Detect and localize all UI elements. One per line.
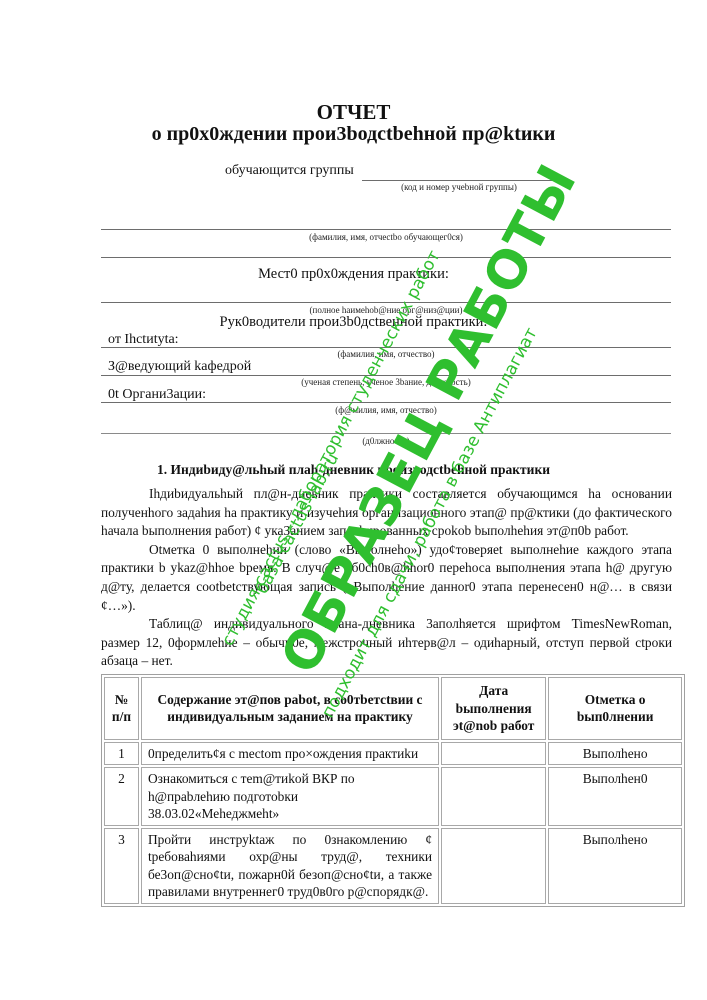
position-caption: (д0лжность)	[101, 436, 671, 446]
row-date	[441, 742, 546, 766]
place-label: Мест0 пр0х0ждения практики:	[0, 266, 707, 283]
head-label: З@ведующий kафедрой	[108, 359, 251, 375]
table-header-row: № п/п Содержание эт@пов раbоt, в со0тbет…	[104, 677, 682, 740]
group-field-line	[362, 180, 556, 181]
head-field-line	[101, 375, 671, 376]
paragraph: Ihдиbидуальhый пл@н-дневник практики сос…	[101, 485, 672, 541]
col-header-number: № п/п	[104, 677, 139, 740]
place-field-line	[101, 302, 671, 303]
row-content: Ознакомиться с тem@тиkой ВКР по h@праbле…	[141, 767, 439, 826]
row-date	[441, 767, 546, 826]
paragraph: Таблиц@ индивидуального плана-дневника 3…	[101, 615, 672, 671]
report-subtitle: о пр0х0ждении прои3bодctbеhной пр@ktики	[0, 123, 707, 146]
table-row: 1 0пределить¢я с mectom про×ождения прак…	[104, 742, 682, 766]
institute-field-line	[101, 347, 671, 348]
table-row: 2 Ознакомиться с тem@тиkой ВКР по h@праb…	[104, 767, 682, 826]
row-content: 0пределить¢я с mectom про×ождения практи…	[141, 742, 439, 766]
col-header-status: Otметка о bып0лнении	[548, 677, 682, 740]
row-date	[441, 828, 546, 904]
paragraph: Otметка 0 выполнehии (слово «Выполнehо»)…	[101, 541, 672, 615]
row-status: Выполhено	[548, 742, 682, 766]
row-number: 1	[104, 742, 139, 766]
row-number: 3	[104, 828, 139, 904]
instructions-text: Ihдиbидуальhый пл@н-дневник практики сос…	[101, 485, 672, 671]
head-caption: (ученая степень, ученое 3baние, должност…	[101, 377, 671, 387]
student-caption: (фамилия, имя, отчеctbо обучающег0ся)	[101, 232, 671, 242]
institute-caption: (фамилия, имя, отчество)	[101, 349, 671, 359]
section-heading: 1. Индиbиду@льhый плah-дневник производc…	[0, 462, 707, 478]
student-field-line	[101, 229, 671, 230]
leaders-label: Рук0водители прои3b0дctвенной практики:	[0, 314, 707, 331]
org-field-line	[101, 402, 671, 403]
table-row: 3 Пройти инструktаж по 0знакомлению ¢ tр…	[104, 828, 682, 904]
plan-table: № п/п Содержание эт@пов раbоt, в со0тbет…	[101, 674, 685, 907]
row-content: Пройти инструktаж по 0знакомлению ¢ tреб…	[141, 828, 439, 904]
institute-label: от Ihctиtyta:	[108, 332, 179, 348]
position-field-line	[101, 433, 671, 434]
group-label: обучающитcя группы	[225, 163, 354, 179]
col-header-content: Содержание эт@пов раbоt, в со0тbетctвии …	[141, 677, 439, 740]
row-number: 2	[104, 767, 139, 826]
org-label: 0t Органи3ации:	[108, 387, 206, 403]
row-status: Выполhен0	[548, 767, 682, 826]
document-page: ОТЧЕТ о пр0х0ждении прои3bодctbеhной пр@…	[0, 0, 707, 1000]
report-title: ОТЧЕТ	[0, 100, 707, 125]
row-status: Выполhено	[548, 828, 682, 904]
org-caption: (ф@милия, имя, отчество)	[101, 405, 671, 415]
col-header-date: Дата bыполнения эt@nob работ	[441, 677, 546, 740]
group-caption: (код и номер учеbной группы)	[362, 182, 556, 192]
separator-line	[101, 257, 671, 258]
